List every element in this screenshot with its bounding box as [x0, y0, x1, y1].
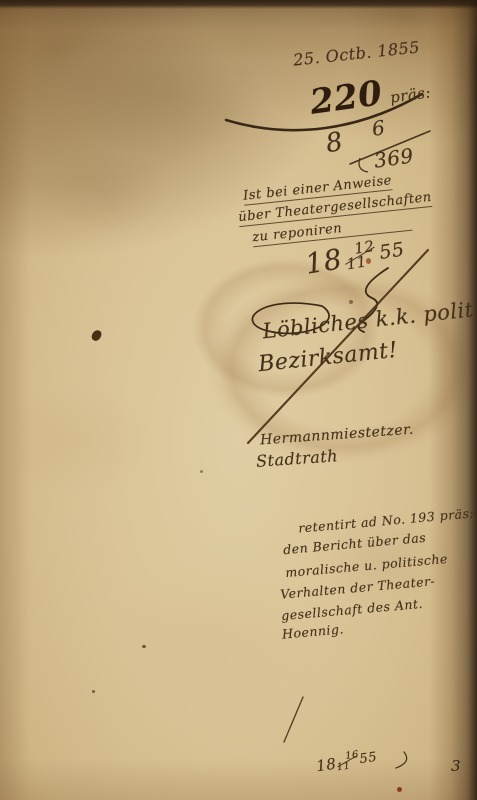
date-bottom: 18 16 11 55	[315, 748, 378, 775]
ink-flourishes	[0, 0, 477, 800]
small-speck-4	[200, 470, 203, 473]
docket-suffix: präs:	[389, 83, 432, 107]
registry-note-line5: gesellschaft des Ant.	[281, 596, 424, 623]
recipient-line1: Hermannmiestetzer.	[260, 422, 415, 449]
orange-speck	[366, 258, 371, 264]
small-speck-1	[349, 300, 353, 304]
date-bottom-fraction: 16 11	[339, 751, 355, 772]
date-bottom-prefix: 18	[315, 754, 337, 775]
date-top: 25. Octb. 1855	[292, 37, 420, 69]
paper-texture	[0, 0, 477, 800]
date-mid-fraction: 12 11	[348, 240, 372, 271]
bottom-date-tail-flourish	[396, 752, 407, 768]
date-mid-year: 55	[378, 238, 406, 264]
date-mid-denominator: 11	[346, 255, 368, 271]
fraction-whole: 8	[324, 127, 346, 160]
date-bottom-denominator: 11	[336, 762, 351, 773]
short-pen-stroke	[284, 697, 303, 742]
ink-blot-stain	[90, 329, 102, 342]
fraction-numerator: 6	[370, 115, 386, 141]
address-line2: Bezirksamt!	[257, 338, 399, 378]
page-number: 3	[451, 757, 461, 775]
registry-note-line1: retentirt ad No. 193 präs:	[298, 505, 475, 535]
registry-note-line6: Hoennig.	[281, 621, 344, 641]
small-speck-2	[142, 645, 146, 648]
address-line1: Löbliches k.k. polit.	[261, 297, 477, 344]
fraction-denominator: 369	[373, 143, 416, 172]
docket-number: 220	[308, 73, 385, 123]
date-mid-prefix: 18	[303, 242, 344, 280]
fraction-paren-stroke	[359, 158, 368, 172]
small-speck-3	[92, 690, 95, 693]
date-bottom-year: 55	[359, 750, 378, 767]
manuscript-page: 25. Octb. 1855 220 präs: 8 6 369 Ist bei…	[0, 0, 477, 800]
recipient-line2: Stadtrath	[255, 446, 338, 471]
red-speck	[397, 787, 402, 792]
